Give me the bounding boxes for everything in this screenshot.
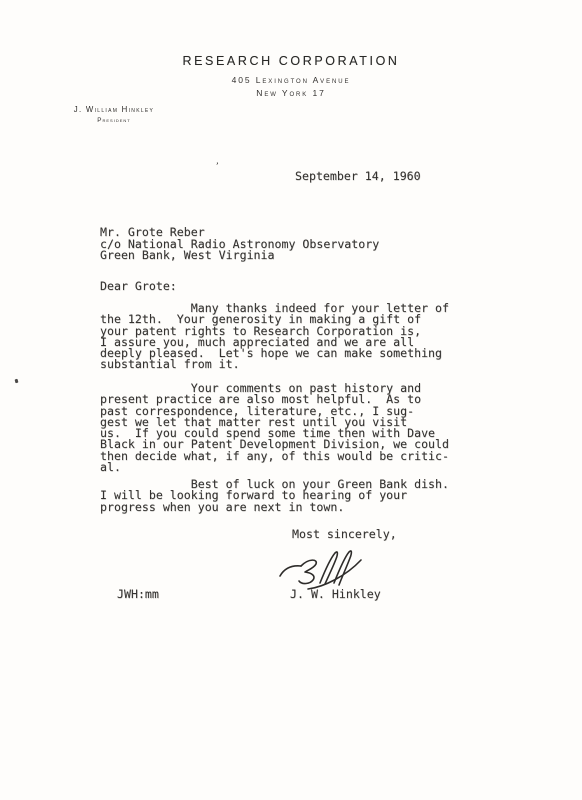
paragraph-3: Best of luck on your Green Bank dish. I … bbox=[100, 479, 449, 513]
officer-block: J. William Hinkley President bbox=[56, 105, 172, 124]
signer-typed-name: J. W. Hinkley bbox=[290, 589, 381, 600]
stray-speck-left-margin bbox=[15, 379, 19, 384]
typist-initials: JWH:mm bbox=[117, 589, 159, 600]
paragraph-1: Many thanks indeed for your letter of th… bbox=[100, 303, 449, 371]
paragraph-2: Your comments on past history and presen… bbox=[100, 383, 449, 473]
recipient-address: Mr. Grote Reber c/o National Radio Astro… bbox=[100, 227, 379, 262]
company-name: RESEARCH CORPORATION bbox=[0, 54, 582, 68]
company-address: 405 Lexington Avenue bbox=[0, 75, 582, 85]
officer-name: J. William Hinkley bbox=[56, 105, 172, 114]
company-city: New York 17 bbox=[0, 88, 582, 98]
salutation: Dear Grote: bbox=[100, 281, 177, 292]
letter-date: September 14, 1960 bbox=[295, 171, 421, 182]
stray-mark-near-date: ’ bbox=[214, 161, 220, 172]
officer-title: President bbox=[56, 117, 172, 124]
closing-line: Most sincerely, bbox=[292, 529, 397, 540]
letterhead: RESEARCH CORPORATION 405 Lexington Avenu… bbox=[0, 54, 582, 98]
letter-page: RESEARCH CORPORATION 405 Lexington Avenu… bbox=[0, 0, 582, 800]
